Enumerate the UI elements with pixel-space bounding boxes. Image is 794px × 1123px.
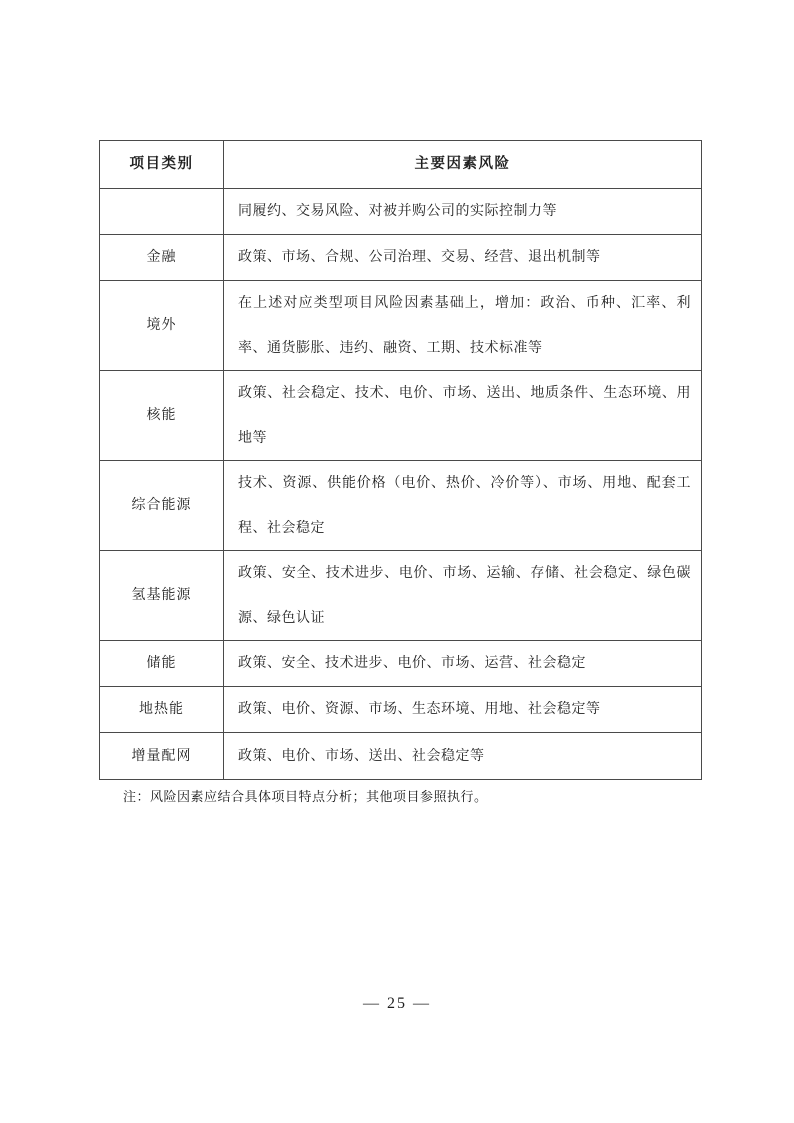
category-cell: 氢基能源: [100, 551, 224, 640]
risk-table: 项目类别 主要因素风险 同履约、交易风险、对被并购公司的实际控制力等 金融 政策…: [99, 140, 702, 780]
table-note: 注：风险因素应结合具体项目特点分析；其他项目参照执行。: [123, 786, 488, 805]
risks-cell: 政策、安全、技术进步、电价、市场、运输、存储、社会稳定、绿色碳源、绿色认证: [224, 551, 701, 640]
table-row: 地热能 政策、电价、资源、市场、生态环境、用地、社会稳定等: [100, 687, 701, 733]
category-cell: 核能: [100, 371, 224, 460]
column-header-category: 项目类别: [100, 141, 224, 188]
risks-cell: 政策、电价、资源、市场、生态环境、用地、社会稳定等: [224, 687, 701, 732]
risks-cell: 同履约、交易风险、对被并购公司的实际控制力等: [224, 189, 701, 234]
risks-cell: 政策、社会稳定、技术、电价、市场、送出、地质条件、生态环境、用地等: [224, 371, 701, 460]
document-page: 项目类别 主要因素风险 同履约、交易风险、对被并购公司的实际控制力等 金融 政策…: [0, 0, 794, 1123]
table-row: 氢基能源 政策、安全、技术进步、电价、市场、运输、存储、社会稳定、绿色碳源、绿色…: [100, 551, 701, 641]
risks-cell: 政策、电价、市场、送出、社会稳定等: [224, 733, 701, 779]
category-cell: 增量配网: [100, 733, 224, 779]
risks-cell: 政策、市场、合规、公司治理、交易、经营、退出机制等: [224, 235, 701, 280]
category-cell: [100, 189, 224, 234]
table-row: 同履约、交易风险、对被并购公司的实际控制力等: [100, 189, 701, 235]
risks-cell: 技术、资源、供能价格（电价、热价、冷价等）、市场、用地、配套工程、社会稳定: [224, 461, 701, 550]
column-header-risks: 主要因素风险: [224, 141, 701, 188]
category-cell: 境外: [100, 281, 224, 370]
category-cell: 综合能源: [100, 461, 224, 550]
table-row: 金融 政策、市场、合规、公司治理、交易、经营、退出机制等: [100, 235, 701, 281]
category-cell: 金融: [100, 235, 224, 280]
table-row: 境外 在上述对应类型项目风险因素基础上，增加：政治、币种、汇率、利率、通货膨胀、…: [100, 281, 701, 371]
risks-cell: 政策、安全、技术进步、电价、市场、运营、社会稳定: [224, 641, 701, 686]
table-row: 综合能源 技术、资源、供能价格（电价、热价、冷价等）、市场、用地、配套工程、社会…: [100, 461, 701, 551]
table-row: 增量配网 政策、电价、市场、送出、社会稳定等: [100, 733, 701, 779]
table-header-row: 项目类别 主要因素风险: [100, 141, 701, 189]
category-cell: 储能: [100, 641, 224, 686]
table-row: 储能 政策、安全、技术进步、电价、市场、运营、社会稳定: [100, 641, 701, 687]
table-row: 核能 政策、社会稳定、技术、电价、市场、送出、地质条件、生态环境、用地等: [100, 371, 701, 461]
risks-cell: 在上述对应类型项目风险因素基础上，增加：政治、币种、汇率、利率、通货膨胀、违约、…: [224, 281, 701, 370]
page-number: — 25 —: [0, 995, 794, 1013]
category-cell: 地热能: [100, 687, 224, 732]
